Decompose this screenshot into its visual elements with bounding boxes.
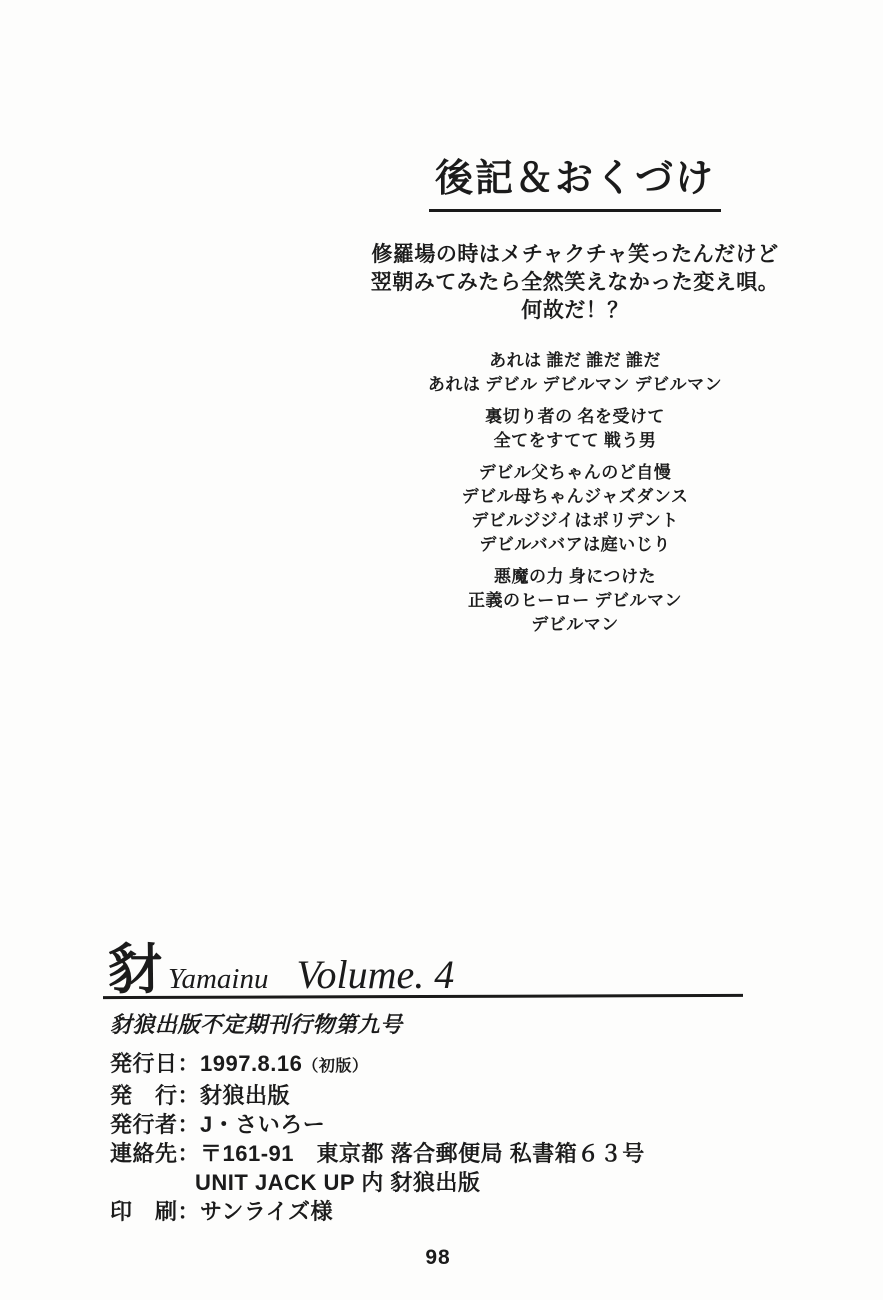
entry-suffix: （初版） (302, 1058, 368, 1075)
logo-kanji-yamainu: 豺 (108, 940, 162, 1000)
entry-text: 印 刷：サンライズ様 (110, 1199, 333, 1224)
intro-line: 翌朝みてみたら全然笑えなかった変え唄。 (271, 269, 879, 297)
lyrics-line: あれは 誰だ 誰だ 誰だ (271, 349, 879, 373)
page-number: 98 (402, 1246, 474, 1270)
intro-line: 修羅場の時はメチャクチャ笑ったんだけど (271, 241, 879, 269)
doujinshi-afterword-page: 後記＆おくづけ 修羅場の時はメチャクチャ笑ったんだけど 翌朝みてみたら全然笑えな… (0, 0, 883, 1300)
lyrics-line: デビルババアは庭いじり (271, 533, 879, 557)
colophon-entry-contact: 連絡先：〒161-91 東京都 落合郵便局 私書箱６３号 (110, 1139, 645, 1168)
lyrics-line: 悪魔の力 身につけた (271, 565, 879, 589)
lyrics-line: デビルジジイはポリデント (271, 509, 879, 533)
lyrics-line: 裏切り者の 名を受けて (271, 405, 879, 429)
volume-label: Volume. 4 (296, 952, 454, 997)
colophon-entry-printer: 印 刷：サンライズ様 (110, 1197, 645, 1226)
entry-text: 発 行：豺狼出版 (110, 1083, 290, 1108)
entry-text: 発行日：1997.8.16 (110, 1051, 302, 1076)
entry-text: 発行者：J・さいろー (110, 1112, 325, 1137)
entry-text: 連絡先：〒161-91 東京都 落合郵便局 私書箱６３号 (110, 1141, 645, 1166)
colophon-entries: 発行日：1997.8.16（初版） 発 行：豺狼出版 発行者：J・さいろー 連絡… (110, 1049, 645, 1226)
afterword-title-wrap: 後記＆おくづけ (271, 158, 879, 212)
colophon-entry-publisher: 発 行：豺狼出版 (110, 1081, 645, 1110)
lyrics-stanza: 裏切り者の 名を受けて 全てをすてて 戦う男 (271, 405, 879, 453)
lyrics-line: 正義のヒーロー デビルマン (271, 589, 879, 613)
lyrics-line: 全てをすてて 戦う男 (271, 429, 879, 453)
lyrics-stanza: あれは 誰だ 誰だ 誰だ あれは デビル デビルマン デビルマン (271, 349, 879, 397)
parody-lyrics: あれは 誰だ 誰だ 誰だ あれは デビル デビルマン デビルマン 裏切り者の 名… (271, 349, 879, 645)
logo-romaji: Yamainu (168, 963, 268, 995)
publisher-logo: 豺YamainuVolume. 4 (108, 944, 454, 998)
intro-paragraph: 修羅場の時はメチャクチャ笑ったんだけど 翌朝みてみたら全然笑えなかった変え唄。 … (271, 241, 879, 325)
colophon-entry-publish-date: 発行日：1997.8.16（初版） (110, 1049, 645, 1081)
lyrics-stanza: デビル父ちゃんのど自慢 デビル母ちゃんジャズダンス デビルジジイはポリデント デ… (271, 461, 879, 557)
series-note: 豺狼出版不定期刊行物第九号 (110, 1008, 403, 1039)
colophon-entry-contact-line2: UNIT JACK UP 内 豺狼出版 (110, 1168, 645, 1197)
lyrics-line: デビル父ちゃんのど自慢 (271, 461, 879, 485)
lyrics-line: デビルマン (271, 613, 879, 637)
entry-text: UNIT JACK UP 内 豺狼出版 (195, 1170, 480, 1195)
lyrics-line: デビル母ちゃんジャズダンス (271, 485, 879, 509)
lyrics-stanza: 悪魔の力 身につけた 正義のヒーロー デビルマン デビルマン (271, 565, 879, 637)
intro-line: 何故だ！？ (271, 297, 879, 325)
afterword-title: 後記＆おくづけ (429, 158, 721, 212)
lyrics-line: あれは デビル デビルマン デビルマン (271, 373, 879, 397)
colophon-entry-issuer: 発行者：J・さいろー (110, 1110, 645, 1139)
